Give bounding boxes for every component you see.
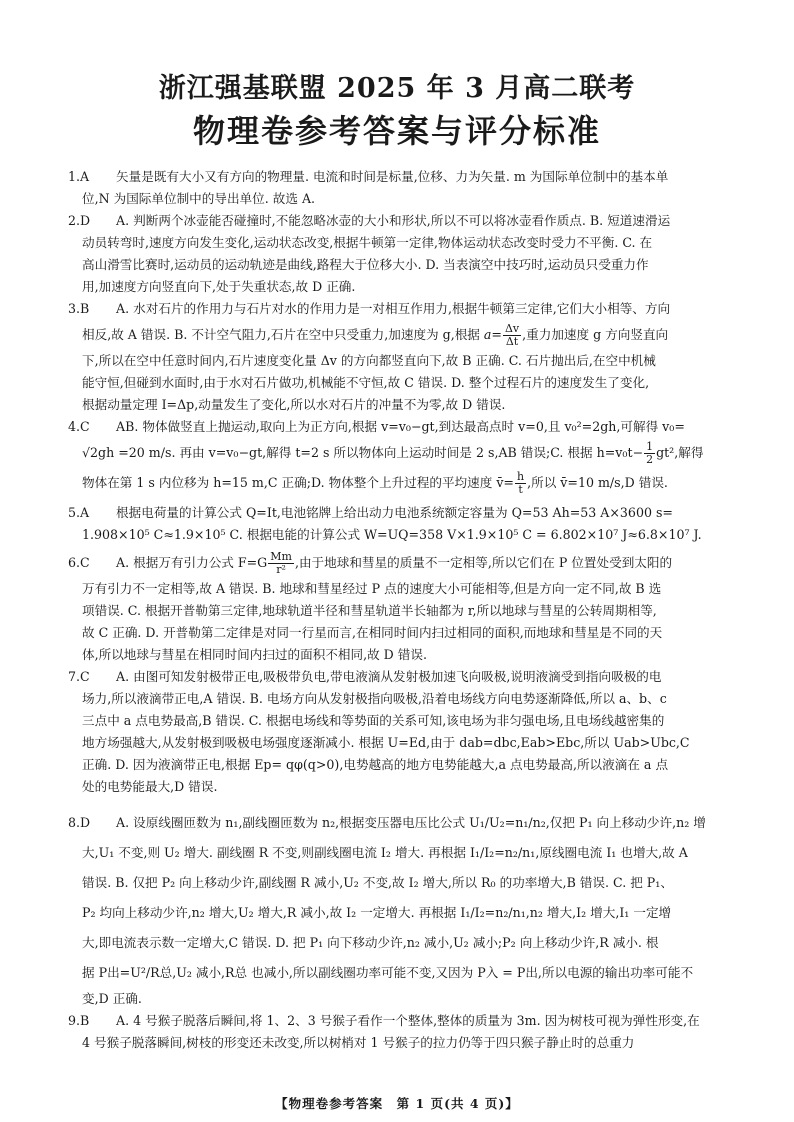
answer-choice: C [80,548,116,578]
document-title: 物理卷参考答案与评分标准 [0,106,794,152]
answer-item-6: 6.CA. 根据万有引力公式 F=GMmr²,由于地球和彗星的质量不一定相等,所… [50,548,766,666]
explanation-line: 高山滑雪比赛时,运动员的运动轨迹是曲线,路程大于位移大小. D. 当表演空中技巧… [68,254,766,276]
answer-item-2: 2.DA. 判断两个冰壶能否碰撞时,不能忽略冰壶的大小和形状,所以不可以将冰壶看… [50,210,766,298]
exam-title: 浙江强基联盟 2025 年 3 月高二联考 [0,66,794,105]
explanation-line: 矢量是既有大小又有方向的物理量. 电流和时间是标量,位移、力为矢量. m 为国际… [116,169,668,184]
explanation-line: A. 4 号猴子脱落后瞬间,将 1、2、3 号猴子看作一个整体,整体的质量为 3… [116,1013,700,1028]
answer-choice: D [80,808,116,838]
fraction: ht [515,471,526,496]
answer-item-4: 4.CAB. 物体做竖直上抛运动,取向上为正方向,根据 v=v₀−gt,到达最高… [50,416,766,498]
explanation-line: 位,N 为国际单位制中的导出单位. 故选 A. [68,188,766,210]
explanation-line: 项错误. C. 根据开普勒第三定律,地球轨道半径和彗星轨道半长轴都为 r,所以地… [68,600,766,622]
question-number: 9. [68,1013,80,1028]
answer-item-3: 3.BA. 水对石片的作用力与石片对水的作用力是一对相互作用力,根据牛顿第三定律… [50,298,766,416]
answer-choice: A [80,502,116,524]
explanation-line: A. 设原线圈匝数为 n₁,副线圈匝数为 n₂,根据变压器电压比公式 U₁/U₂… [116,815,706,830]
answer-item-9: 9.BA. 4 号猴子脱落后瞬间,将 1、2、3 号猴子看作一个整体,整体的质量… [50,1010,766,1054]
explanation-line: 用,加速度方向竖直向下,处于失重状态,故 D 正确. [68,276,766,298]
explanation-line: 体,所以地球与彗星在相同时间内扫过的面积不相同,故 D 错误. [68,644,766,666]
answer-choice: B [80,1010,116,1032]
explanation-line: A. 由图可知发射极带正电,吸极带负电,带电液滴从发射极加速飞向吸极,说明液滴受… [116,669,661,684]
explanation-line: 错误. B. 仅把 P₂ 向上移动少许,副线圈 R 减小,U₂ 不变,故 I₂ … [68,868,766,898]
answer-choice: D [80,210,116,232]
answer-item-8: 8.DA. 设原线圈匝数为 n₁,副线圈匝数为 n₂,根据变压器电压比公式 U₁… [50,808,766,1010]
question-number: 7. [68,669,80,684]
explanation-line: 地方场强越大,从发射极到吸极电场强度逐渐减小. 根据 U=Ed,由于 dab=d… [68,732,766,754]
explanation-line: 场力,所以液滴带正电,A 错误. B. 电场方向从发射极指向吸极,沿着电场线方向… [68,688,766,710]
answer-item-7: 7.CA. 由图可知发射极带正电,吸极带负电,带电液滴从发射极加速飞向吸极,说明… [50,666,766,798]
explanation-line: 大,即电流表示数一定增大,C 错误. D. 把 P₁ 向下移动少许,n₂ 减小,… [68,928,766,958]
explanation-line-with-formula: 物体在第 1 s 内位移为 h=15 m,C 正确;D. 物体整个上升过程的平均… [68,468,766,498]
explanation-line-with-formula: √2gh =20 m/s. 再由 v=v₀−gt,解得 t=2 s 所以物体向上… [68,438,766,468]
explanation-line: 根据电荷量的计算公式 Q=It,电池铭牌上给出动力电池系统额定容量为 Q=53 … [116,505,673,520]
question-number: 4. [68,419,80,434]
question-number: 6. [68,555,80,570]
question-number: 8. [68,815,80,830]
explanation-line: A. 判断两个冰壶能否碰撞时,不能忽略冰壶的大小和形状,所以不可以将冰壶看作质点… [116,213,670,228]
question-number: 3. [68,301,80,316]
fraction: ΔvΔt [503,323,521,348]
explanation-line: 1.908×10⁵ C≈1.9×10⁵ C. 根据电能的计算公式 W=UQ=35… [68,524,766,546]
explanation-line: 下,所以在空中任意时间内,石片速度变化量 Δv 的方向都竖直向下,故 B 正确.… [68,350,766,372]
answer-choice: A [80,166,116,188]
explanation-line: A. 水对石片的作用力与石片对水的作用力是一对相互作用力,根据牛顿第三定律,它们… [116,301,670,316]
answer-choice: B [80,298,116,320]
explanation-line: 万有引力不一定相等,故 A 错误. B. 地球和彗星经过 P 点的速度大小可能相… [68,578,766,600]
explanation-line: 大,U₁ 不变,则 U₂ 增大. 副线圈 R 不变,则副线圈电流 I₂ 增大. … [68,838,766,868]
page-footer: 【物理卷参考答案 第 1 页(共 4 页)】 [0,1094,794,1112]
explanation-line: 处的电势能最大,D 错误. [68,776,766,798]
answer-choice: C [80,666,116,688]
explanation-line: 根据动量定理 I=Δp,动量发生了变化,所以水对石片的冲量不为零,故 D 错误. [68,394,766,416]
question-number: 1. [68,169,80,184]
answer-item-5: 5.A根据电荷量的计算公式 Q=It,电池铭牌上给出动力电池系统额定容量为 Q=… [50,502,766,546]
explanation-line: P₂ 均向上移动少许,n₂ 增大,U₂ 增大,R 减小,故 I₂ 一定增大. 再… [68,898,766,928]
explanation-line: 故 C 正确. D. 开普勒第二定律是对同一行星而言,在相同时间内扫过相同的面积… [68,622,766,644]
fraction: Mmr² [268,551,294,576]
fraction: 12 [644,441,655,466]
explanation-line: 4 号猴子脱落瞬间,树枝的形变还未改变,所以树梢对 1 号猴子的拉力仍等于四只猴… [68,1032,766,1054]
answer-item-1: 1.A矢量是既有大小又有方向的物理量. 电流和时间是标量,位移、力为矢量. m … [50,166,766,210]
explanation-line: 正确. D. 因为液滴带正电,根据 Ep= qφ(q>0),电势越高的地方电势能… [68,754,766,776]
question-number: 2. [68,213,80,228]
explanation-line: 动员转弯时,速度方向发生变化,运动状态改变,根据牛顿第一定律,物体运动状态改变时… [68,232,766,254]
answer-list: 1.A矢量是既有大小又有方向的物理量. 电流和时间是标量,位移、力为矢量. m … [50,166,766,1054]
explanation-line: AB. 物体做竖直上抛运动,取向上为正方向,根据 v=v₀−gt,到达最高点时 … [116,419,685,434]
explanation-line: 三点中 a 点电势最高,B 错误. C. 根据电场线和等势面的关系可知,该电场为… [68,710,766,732]
explanation-line-with-formula: 相反,故 A 错误. B. 不计空气阻力,石片在空中只受重力,加速度为 g,根据… [68,320,766,350]
answer-choice: C [80,416,116,438]
explanation-line: 能守恒,但碰到水面时,由于水对石片做功,机械能不守恒,故 C 错误. D. 整个… [68,372,766,394]
explanation-line: 变,D 正确. [68,988,766,1010]
question-number: 5. [68,505,80,520]
explanation-line: 据 P出=U²/R总,U₂ 减小,R总 也减小,所以副线圈功率可能不变,又因为 … [68,958,766,988]
